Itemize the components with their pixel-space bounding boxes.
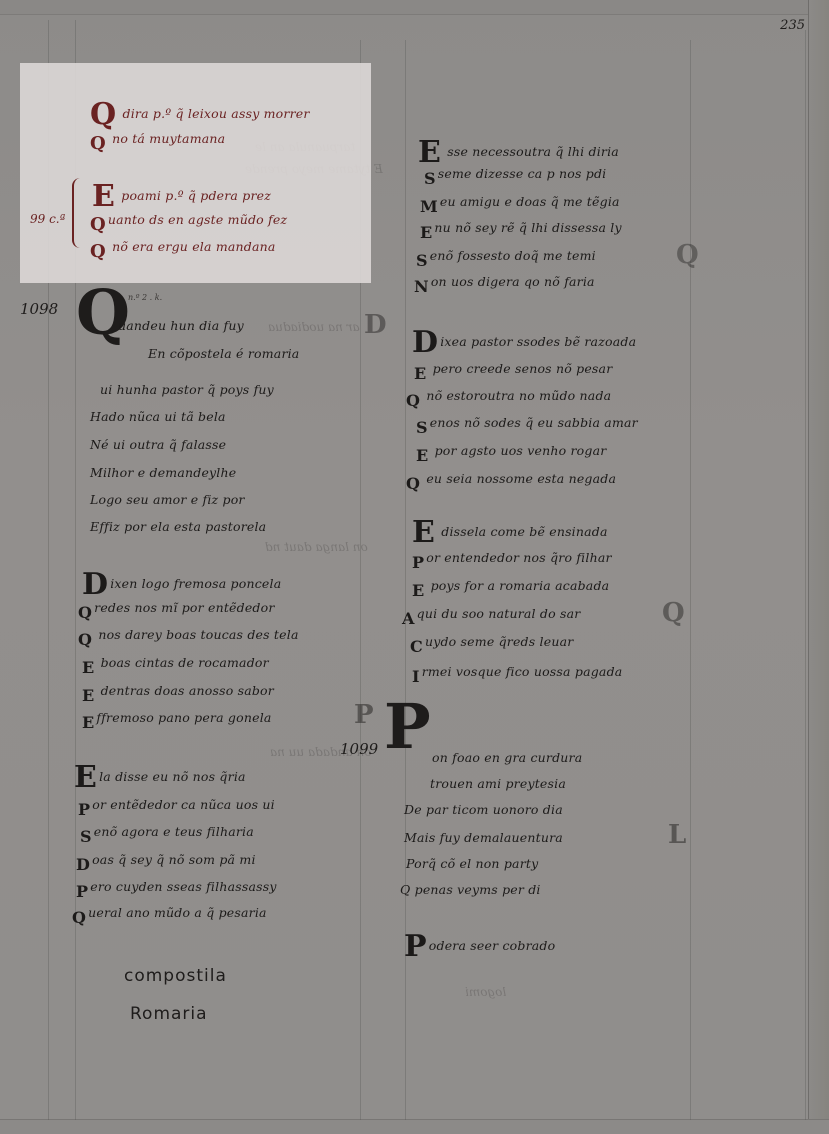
initial-letter: E <box>412 515 435 550</box>
initial-letter: Q <box>72 908 86 927</box>
verse-line: E boas cintas de rocamador <box>82 655 269 681</box>
verse-text: dira p.º q̃ leixou assy morrer <box>118 106 309 121</box>
verse-line: E pero creede senos nõ pesar <box>414 361 612 387</box>
verse-text: eu seia nossome esta negada <box>422 471 616 486</box>
initial-letter: E <box>74 760 97 795</box>
initial-letter: E <box>82 686 94 705</box>
verse-text: uydo seme q̃reds leuar <box>425 634 574 649</box>
show-through-text: logomi <box>465 985 506 999</box>
initial-letter: P <box>404 929 427 964</box>
initial-letter: E <box>420 223 432 242</box>
verse-text: redes nos mĩ por entẽdedor <box>94 600 274 615</box>
show-through-text: ar na uodiadua <box>268 320 360 334</box>
verse-text: boas cintas de rocamador <box>96 655 268 670</box>
verse-line: Pero cuyden sseas filhassassy <box>76 879 277 905</box>
verse-line: E poami p.º q̃ pdera prez <box>92 184 271 210</box>
initial-letter: E <box>416 446 428 465</box>
verse-text: ffremoso pano pera gonela <box>96 710 271 725</box>
initial-letter: S <box>416 251 428 270</box>
verse-line: Dixea pastor ssodes bẽ razoada <box>412 330 636 356</box>
verse-line: Senõ agora e teus filharia <box>80 824 254 850</box>
initial-letter: P <box>412 553 424 572</box>
initial-letter: P <box>78 800 90 819</box>
verse-text: nõ estoroutra no mũdo nada <box>422 388 611 403</box>
verse-text: or entẽdedor ca nũca uos ui <box>92 797 275 812</box>
initial-letter: E <box>412 581 424 600</box>
guide-letter: L <box>668 820 686 850</box>
verse-line: Q no tá muytamana <box>90 131 225 157</box>
verse-line: Quanto ds en agste mũdo fez <box>90 212 287 238</box>
verse-text: rmei vosque fico uossa pagada <box>422 664 623 679</box>
verse-line: Por entendedor nos q̃ro filhar <box>412 550 612 576</box>
initial-letter: C <box>410 637 423 656</box>
initial-letter: Q <box>406 391 420 410</box>
guide-letter: Q <box>676 240 699 270</box>
initial-letter: S <box>416 418 428 437</box>
verse-line: trouen ami preytesia <box>430 776 566 791</box>
verse-text: dissela come bẽ ensinada <box>437 524 608 539</box>
verse-line: Podera seer cobrado <box>404 934 555 960</box>
verse-text: sse necessoutra q̃ lhi diria <box>443 144 619 159</box>
verse-text: ero cuyden sseas filhassassy <box>90 879 276 894</box>
verse-text: nu nõ sey rẽ q̃ lhi dissessa ly <box>434 220 621 235</box>
page-bottom-edge <box>0 1119 829 1134</box>
verse-line: Dixen logo fremosa poncela <box>82 572 281 598</box>
verse-line: Milhor e demandeylhe <box>90 465 236 480</box>
verse-line: on foao en gra curdura <box>432 750 582 765</box>
verse-line: Doas q̃ sey q̃ nõ som pã mi <box>76 852 256 878</box>
decorated-initial: Q <box>76 276 130 349</box>
column-rule <box>690 40 691 1120</box>
verse-line: E poys for a romaria acabada <box>412 578 609 604</box>
verse-text: ueral ano mũdo a q̃ pesaria <box>88 905 267 920</box>
initial-letter: P <box>76 882 88 901</box>
verse-line: Irmei vosque fico uossa pagada <box>412 664 622 690</box>
initial-letter: Q <box>90 241 106 262</box>
show-through-text: on langa daut nd <box>265 540 368 554</box>
verse-line: De par ticom uonoro dia <box>404 802 563 817</box>
verse-line: uandeu hun dia fuy <box>118 318 244 333</box>
verse-text: ixen logo fremosa poncela <box>110 576 281 591</box>
initial-letter: D <box>82 567 108 602</box>
initial-letter: Q <box>78 603 92 622</box>
verse-text: oas q̃ sey q̃ nõ som pã mi <box>92 852 256 867</box>
initial-letter: E <box>418 135 441 170</box>
verse-line: Q penas veyms per di <box>400 882 541 897</box>
initial-letter: N <box>414 277 429 296</box>
verse-line: ui hunha pastor q̃ poys fuy <box>100 382 274 397</box>
outer-rule <box>805 30 806 1120</box>
initial-letter: Q <box>90 97 116 132</box>
verse-line: Meu amigu e doas q̃ me tẽgia <box>420 194 620 220</box>
verse-text: dentras doas anosso sabor <box>96 683 274 698</box>
initial-letter: S <box>80 827 92 846</box>
verse-line: Q eu seia nossome esta negada <box>406 471 616 497</box>
verse-text: nos darey boas toucas des tela <box>94 627 298 642</box>
guide-letter: D <box>364 310 387 340</box>
verse-line: Ela disse eu nõ nos q̃ria <box>74 765 246 791</box>
margin-number-1099: 1099 <box>340 740 378 758</box>
verse-text: enõ agora e teus filharia <box>94 824 254 839</box>
margin-small-note: n.º 2 . k. <box>128 293 162 302</box>
initial-letter: S <box>424 169 436 188</box>
margin-number-1098: 1098 <box>20 300 58 318</box>
verse-text: la disse eu nõ nos q̃ria <box>99 769 246 784</box>
verse-text: poami p.º q̃ pdera prez <box>117 188 271 203</box>
verse-line: Q dira p.º q̃ leixou assy morrer <box>90 102 310 128</box>
verse-text: or entendedor nos q̃ro filhar <box>426 550 611 565</box>
verse-text: uanto ds en agste mũdo fez <box>108 212 287 227</box>
verse-line: Porq̃ cõ el non party <box>406 856 538 871</box>
folio-number: 235 <box>780 18 805 33</box>
verse-line: En cõpostela é romaria <box>148 346 299 361</box>
manuscript-page: tarpuanula an le E tytame meyo prende ar… <box>0 0 829 1134</box>
verse-text: enos nõ sodes q̃ eu sabbia amar <box>430 415 638 430</box>
verse-line: Aqui du soo natural do sar <box>402 606 580 632</box>
initial-letter: Q <box>78 630 92 649</box>
initial-letter: E <box>82 713 94 732</box>
initial-letter: M <box>420 197 438 216</box>
initial-letter: I <box>412 667 420 686</box>
verse-line: Qredes nos mĩ por entẽdedor <box>78 600 275 626</box>
verse-text: eu amigu e doas q̃ me tẽgia <box>440 194 620 209</box>
verse-line: Q nõ estoroutra no mũdo nada <box>406 388 611 414</box>
initial-letter: Q <box>90 133 106 154</box>
verse-line: Effremoso pano pera gonela <box>82 710 272 736</box>
verse-line: E sse necessoutra q̃ lhi diria <box>418 140 619 166</box>
initial-letter: E <box>414 364 426 383</box>
verse-line: Q nos darey boas toucas des tela <box>78 627 299 653</box>
verse-line: Né ui outra q̃ falasse <box>90 437 226 452</box>
page-top-edge <box>0 0 829 15</box>
verse-line: Queral ano mũdo a q̃ pesaria <box>72 905 267 931</box>
verse-line: Cuydo seme q̃reds leuar <box>410 634 573 660</box>
verse-line: Mais fuy demalauentura <box>404 830 563 845</box>
verse-text: nõ era ergu ela mandana <box>108 239 276 254</box>
verse-text: enõ fossesto doq̃ me temi <box>430 248 596 263</box>
verse-line: Non uos digera qo nõ faria <box>414 274 595 300</box>
verse-line: Por entẽdedor ca nũca uos ui <box>78 797 275 823</box>
guide-letter: Q <box>662 598 685 628</box>
verse-line: Senõ fossesto doq̃ me temi <box>416 248 596 274</box>
verse-text: por agsto uos venho rogar <box>430 443 606 458</box>
verse-text: seme dizesse ca p nos pdi <box>438 166 607 181</box>
verse-text: qui du soo natural do sar <box>417 606 581 621</box>
initial-letter: D <box>76 855 90 874</box>
verse-line: Enu nõ sey rẽ q̃ lhi dissessa ly <box>420 220 622 246</box>
initial-letter: Q <box>90 214 106 235</box>
verse-line: Sseme dizesse ca p nos pdi <box>424 166 606 192</box>
verse-line: E dentras doas anosso sabor <box>82 683 274 709</box>
verse-line: Hado nũca ui tã bela <box>90 409 226 424</box>
verse-text: odera seer cobrado <box>429 938 556 953</box>
initial-letter: E <box>82 658 94 677</box>
verse-text: pero creede senos nõ pesar <box>428 361 612 376</box>
page-right-edge <box>808 0 829 1134</box>
verse-line: Logo seu amor e fiz por <box>90 492 245 507</box>
bottom-note-romaria: Romaria <box>130 1004 208 1024</box>
verse-text: on uos digera qo nõ faria <box>431 274 595 289</box>
initial-letter: A <box>402 609 415 628</box>
verse-line: E dissela come bẽ ensinada <box>412 520 608 546</box>
verse-line: Q nõ era ergu ela mandana <box>90 239 276 265</box>
brace-mark <box>72 178 82 248</box>
verse-line: Effiz por ela esta pastorela <box>90 519 266 534</box>
margin-note-red: 99 c.ª <box>30 212 65 226</box>
verse-text: ixea pastor ssodes bẽ razoada <box>440 334 636 349</box>
decorated-initial: P <box>384 690 431 763</box>
initial-letter: E <box>92 179 115 214</box>
initial-letter: D <box>412 325 438 360</box>
bottom-note-compostila: compostila <box>124 966 227 986</box>
verse-line: Senos nõ sodes q̃ eu sabbia amar <box>416 415 638 441</box>
verse-text: poys for a romaria acabada <box>426 578 609 593</box>
verse-text: no tá muytamana <box>108 131 225 146</box>
verse-line: E por agsto uos venho rogar <box>416 443 606 469</box>
initial-letter: Q <box>406 474 420 493</box>
guide-letter: P <box>354 700 374 730</box>
